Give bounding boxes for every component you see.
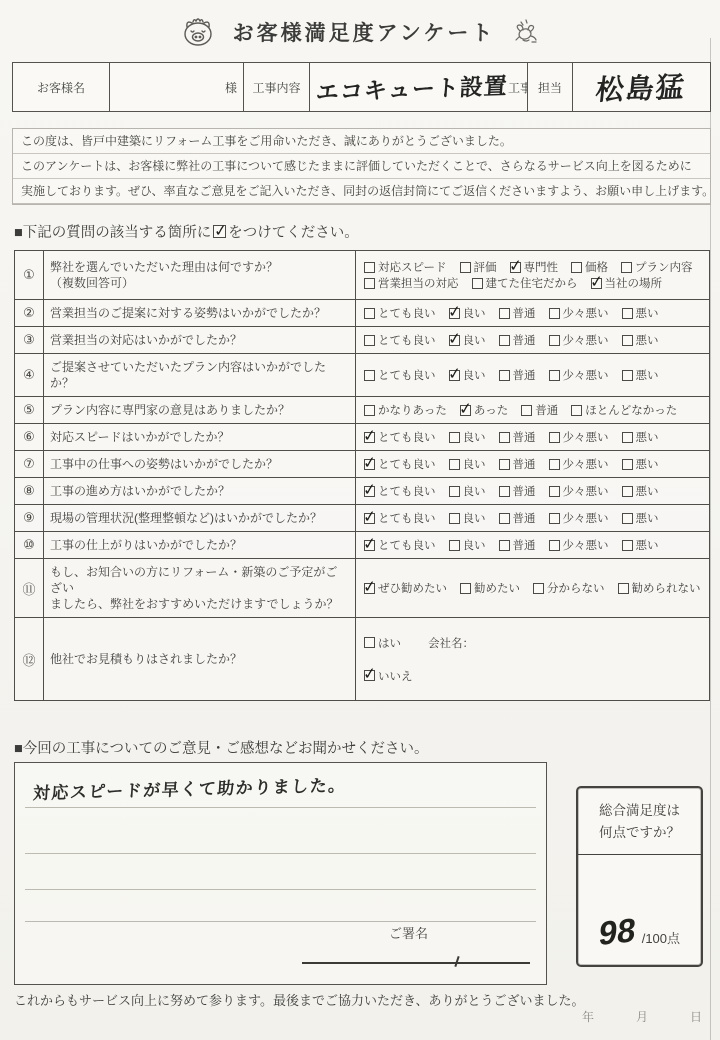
option-label: プラン内容 xyxy=(635,259,693,275)
option-label: 少々悪い xyxy=(563,332,609,348)
option-label: とても良い xyxy=(378,305,436,321)
option-label: 評価 xyxy=(474,259,497,275)
question-text: プラン内容に専門家の意見はありましたか？ xyxy=(44,397,356,423)
question-number: ⑦ xyxy=(15,451,44,477)
question-text: ご提案させていただいたプラン内容はいかがでしたか？ xyxy=(44,354,356,396)
survey-row: ④ご提案させていただいたプラン内容はいかがでしたか？とても良い良い普通少々悪い悪… xyxy=(15,354,709,397)
checked-checkbox-icon[interactable] xyxy=(449,370,460,381)
option-label: いいえ xyxy=(378,668,413,684)
intro-box: この度は、皆戸中建築にリフォーム工事をご用命いただき、誠にありがとうございました… xyxy=(12,128,711,205)
checked-checkbox-icon[interactable] xyxy=(364,670,375,681)
checked-checkbox-icon[interactable] xyxy=(364,513,375,524)
checkbox-icon[interactable] xyxy=(499,513,510,524)
checked-checkbox-icon[interactable] xyxy=(510,262,521,273)
survey-row: ③営業担当の対応はいかがでしたか？とても良い良い普通少々悪い悪い xyxy=(15,327,709,354)
option-label: ほとんどなかった xyxy=(585,402,677,418)
survey-row: ⑧工事の進め方はいかがでしたか？とても良い良い普通少々悪い悪い xyxy=(15,478,709,505)
question-number: ⑪ xyxy=(15,559,44,617)
option-label: 少々悪い xyxy=(563,305,609,321)
survey-row: ⑫他社でお見積もりはされましたか？はい会社名：いいえ xyxy=(15,618,709,700)
work-suffix-label: 工事 xyxy=(508,79,528,96)
question-number: ② xyxy=(15,300,44,326)
question-text: 工事の進め方はいかがでしたか？ xyxy=(44,478,356,504)
question-options: とても良い良い普通少々悪い悪い xyxy=(356,505,709,531)
checked-checkbox-icon[interactable] xyxy=(364,540,375,551)
checked-checkbox-icon[interactable] xyxy=(364,583,375,594)
question-options: とても良い良い普通少々悪い悪い xyxy=(356,478,709,504)
option-line: とても良い良い普通少々悪い悪い xyxy=(364,510,701,526)
checkbox-icon[interactable] xyxy=(549,335,560,346)
option-item[interactable]: 普通 xyxy=(499,483,536,499)
checkbox-icon[interactable] xyxy=(549,486,560,497)
survey-row: ⑦工事中の仕事への姿勢はいかがでしたか？とても良い良い普通少々悪い悪い xyxy=(15,451,709,478)
option-item[interactable]: 良い xyxy=(449,537,486,553)
checkbox-icon[interactable] xyxy=(622,459,633,470)
option-label: 良い xyxy=(463,305,486,321)
option-item[interactable]: かなりあった xyxy=(364,402,447,418)
checkbox-icon[interactable] xyxy=(364,262,375,273)
signature-label: ご署名 xyxy=(389,923,428,942)
option-item[interactable]: 普通 xyxy=(499,456,536,472)
checkbox-icon[interactable] xyxy=(364,335,375,346)
option-label: 勧められない xyxy=(632,580,701,596)
option-item[interactable]: 勧められない xyxy=(618,580,701,596)
intro-line: この度は、皆戸中建築にリフォーム工事をご用命いただき、誠にありがとうございました… xyxy=(13,129,710,154)
checkbox-icon[interactable] xyxy=(618,583,629,594)
staff-field[interactable]: 松島猛 xyxy=(573,63,710,111)
checkbox-icon[interactable] xyxy=(364,370,375,381)
question-options: とても良い良い普通少々悪い悪い xyxy=(356,354,709,396)
checkbox-icon[interactable] xyxy=(499,459,510,470)
intro-line: このアンケートは、お客様に弊社の工事について感じたままに評価していただくことで、… xyxy=(13,154,710,179)
option-item[interactable]: 少々悪い xyxy=(549,332,609,348)
question-options: はい会社名：いいえ xyxy=(356,618,709,700)
checkbox-icon[interactable] xyxy=(622,335,633,346)
option-item[interactable]: 悪い xyxy=(622,332,659,348)
option-line: 対応スピード評価専門性価格プラン内容 xyxy=(364,259,701,275)
work-content-handwritten-value: エコキュート設置 xyxy=(315,67,509,107)
date-fields: 年 月 日 xyxy=(582,1008,702,1025)
option-item[interactable]: 専門性 xyxy=(510,259,559,275)
checkbox-icon[interactable] xyxy=(549,540,560,551)
honorific-label: 様 xyxy=(225,79,237,96)
handwritten-comment: 対応スピードが早くて助かりました。 xyxy=(32,771,347,804)
checkbox-icon[interactable] xyxy=(571,405,582,416)
checkbox-icon[interactable] xyxy=(533,583,544,594)
checkbox-icon[interactable] xyxy=(549,459,560,470)
ruled-line xyxy=(25,921,536,922)
comment-box[interactable]: 対応スピードが早くて助かりました。 ご署名 xyxy=(14,762,547,985)
option-line: とても良い良い普通少々悪い悪い xyxy=(364,332,701,348)
option-label: とても良い xyxy=(378,429,436,445)
option-label: 普通 xyxy=(513,332,536,348)
option-item[interactable]: はい xyxy=(364,635,401,651)
checkbox-icon[interactable] xyxy=(499,540,510,551)
pig-face-icon xyxy=(179,16,217,48)
option-label: 悪い xyxy=(636,510,659,526)
checkbox-icon[interactable] xyxy=(521,405,532,416)
option-item[interactable]: 評価 xyxy=(460,259,497,275)
option-label: 良い xyxy=(463,456,486,472)
option-label: 普通 xyxy=(513,537,536,553)
question-options: かなりあったあった普通ほとんどなかった xyxy=(356,397,709,423)
option-item[interactable]: 悪い xyxy=(622,367,659,383)
checkbox-icon[interactable] xyxy=(621,262,632,273)
survey-row: ⑥対応スピードはいかがでしたか？とても良い良い普通少々悪い悪い xyxy=(15,424,709,451)
closing-message: これからもサービス向上に努めて参ります。最後までご協力いただき、ありがとうござい… xyxy=(14,990,584,1009)
option-label: 少々悪い xyxy=(563,429,609,445)
question-text: 他社でお見積もりはされましたか？ xyxy=(44,618,356,700)
option-item[interactable]: 悪い xyxy=(622,483,659,499)
option-item[interactable]: 少々悪い xyxy=(549,537,609,553)
checkbox-icon[interactable] xyxy=(364,637,375,648)
survey-row: ⑤プラン内容に専門家の意見はありましたか？かなりあったあった普通ほとんどなかった xyxy=(15,397,709,424)
signature-line[interactable] xyxy=(302,962,530,964)
question-options: 対応スピード評価専門性価格プラン内容営業担当の対応建てた住宅だから当社の場所 xyxy=(356,251,709,299)
page-header: お客様満足度アンケート xyxy=(0,16,720,48)
question-number: ④ xyxy=(15,354,44,396)
checkbox-icon[interactable] xyxy=(449,513,460,524)
option-label: とても良い xyxy=(378,332,436,348)
option-item[interactable]: 悪い xyxy=(622,537,659,553)
checkbox-icon[interactable] xyxy=(622,486,633,497)
work-content-field[interactable]: エコキュート設置 工事 xyxy=(310,63,528,111)
option-label: 良い xyxy=(463,332,486,348)
option-label: 少々悪い xyxy=(563,456,609,472)
checkbox-icon[interactable] xyxy=(499,335,510,346)
question-options: とても良い良い普通少々悪い悪い xyxy=(356,300,709,326)
ruled-line xyxy=(25,807,536,808)
flying-bug-doodle-icon xyxy=(511,18,541,46)
option-label: 少々悪い xyxy=(563,537,609,553)
option-label: 会社名： xyxy=(428,635,474,651)
option-label: かなりあった xyxy=(378,402,447,418)
question-text: 営業担当のご提案に対する姿勢はいかがでしたか？ xyxy=(44,300,356,326)
question-number: ⑩ xyxy=(15,532,44,558)
checkbox-icon[interactable] xyxy=(622,540,633,551)
option-item[interactable]: 普通 xyxy=(499,305,536,321)
question-options: とても良い良い普通少々悪い悪い xyxy=(356,327,709,353)
option-line: いいえ xyxy=(364,668,701,684)
checkbox-icon[interactable] xyxy=(364,278,375,289)
option-item[interactable]: とても良い xyxy=(364,456,436,472)
option-label: とても良い xyxy=(378,483,436,499)
survey-row: ⑪もし、お知合いの方にリフォーム・新築のご予定がございましたら、弊社をおすすめい… xyxy=(15,559,709,618)
option-label: 対応スピード xyxy=(378,259,447,275)
option-item[interactable]: ぜひ勧めたい xyxy=(364,580,447,596)
option-item[interactable]: 少々悪い xyxy=(549,367,609,383)
comment-section-heading: ■今回の工事についてのご意見・ご感想などお聞かせください。 xyxy=(14,737,428,758)
option-item[interactable]: 良い xyxy=(449,483,486,499)
option-label: 悪い xyxy=(636,305,659,321)
option-label: 少々悪い xyxy=(563,367,609,383)
option-line: とても良い良い普通少々悪い悪い xyxy=(364,456,701,472)
option-label: とても良い xyxy=(378,537,436,553)
date-unit-year: 年 xyxy=(582,1008,594,1025)
option-item[interactable]: とても良い xyxy=(364,305,436,321)
page-title: お客様満足度アンケート xyxy=(233,17,496,47)
checkbox-icon[interactable] xyxy=(499,370,510,381)
option-item[interactable]: 少々悪い xyxy=(549,510,609,526)
option-label: 良い xyxy=(463,483,486,499)
option-label: 悪い xyxy=(636,429,659,445)
option-label: 当社の場所 xyxy=(605,275,663,291)
checkbox-icon[interactable] xyxy=(449,486,460,497)
option-item[interactable]: とても良い xyxy=(364,510,436,526)
checkbox-icon[interactable] xyxy=(499,432,510,443)
option-label: 普通 xyxy=(513,456,536,472)
option-item[interactable]: 良い xyxy=(449,429,486,445)
option-label: 少々悪い xyxy=(563,510,609,526)
survey-row: ①弊社を選んでいただいた理由は何ですか？（複数回答可）対応スピード評価専門性価格… xyxy=(15,251,709,300)
option-line: とても良い良い普通少々悪い悪い xyxy=(364,305,701,321)
checkbox-icon[interactable] xyxy=(549,308,560,319)
option-item[interactable]: 営業担当の対応 xyxy=(364,275,459,291)
checkbox-icon[interactable] xyxy=(622,308,633,319)
option-label: 良い xyxy=(463,510,486,526)
option-line: とても良い良い普通少々悪い悪い xyxy=(364,537,701,553)
checkbox-icon[interactable] xyxy=(571,262,582,273)
checked-checkbox-icon[interactable] xyxy=(364,432,375,443)
option-item[interactable]: 普通 xyxy=(499,367,536,383)
option-item[interactable]: 建てた住宅だから xyxy=(472,275,578,291)
staff-handwritten-value: 松島猛 xyxy=(594,65,688,108)
question-number: ⑨ xyxy=(15,505,44,531)
question-number: ⑫ xyxy=(15,618,44,700)
option-label: 普通 xyxy=(535,402,558,418)
survey-table: ①弊社を選んでいただいた理由は何ですか？（複数回答可）対応スピード評価専門性価格… xyxy=(14,250,710,701)
question-number: ① xyxy=(15,251,44,299)
checkbox-icon[interactable] xyxy=(449,540,460,551)
option-label: 営業担当の対応 xyxy=(378,275,459,291)
staff-label: 担当 xyxy=(528,63,573,111)
option-item[interactable]: いいえ xyxy=(364,668,413,684)
checkbox-icon[interactable] xyxy=(364,405,375,416)
option-item[interactable]: とても良い xyxy=(364,332,436,348)
checkbox-icon[interactable] xyxy=(449,432,460,443)
option-item[interactable]: とても良い xyxy=(364,537,436,553)
customer-info-table: お客様名 様 工事内容 エコキュート設置 工事 担当 松島猛 xyxy=(12,62,711,112)
checkbox-icon[interactable] xyxy=(449,459,460,470)
option-label: 良い xyxy=(463,429,486,445)
option-label: とても良い xyxy=(378,510,436,526)
option-label: 悪い xyxy=(636,537,659,553)
checked-checkbox-icon xyxy=(213,225,226,238)
option-item[interactable]: 少々悪い xyxy=(549,305,609,321)
option-item[interactable]: 普通 xyxy=(499,537,536,553)
question-text: もし、お知合いの方にリフォーム・新築のご予定がございましたら、弊社をおすすめいた… xyxy=(44,559,356,617)
checkbox-icon[interactable] xyxy=(364,308,375,319)
option-label: 普通 xyxy=(513,305,536,321)
question-number: ⑤ xyxy=(15,397,44,423)
option-item[interactable]: 良い xyxy=(449,510,486,526)
survey-row: ②営業担当のご提案に対する姿勢はいかがでしたか？とても良い良い普通少々悪い悪い xyxy=(15,300,709,327)
checkbox-icon[interactable] xyxy=(460,262,471,273)
customer-name-label: お客様名 xyxy=(13,63,110,111)
checkbox-icon[interactable] xyxy=(499,308,510,319)
option-item[interactable]: 少々悪い xyxy=(549,429,609,445)
question-text: 現場の管理状況(整理整頓など)はいかがでしたか？ xyxy=(44,505,356,531)
question-options: とても良い良い普通少々悪い悪い xyxy=(356,451,709,477)
option-label: 悪い xyxy=(636,367,659,383)
option-item[interactable]: 少々悪い xyxy=(549,456,609,472)
option-item[interactable]: 良い xyxy=(449,367,486,383)
date-unit-month: 月 xyxy=(636,1008,648,1025)
option-item[interactable]: とても良い xyxy=(364,367,436,383)
option-label: あった xyxy=(474,402,508,418)
option-label: 専門性 xyxy=(524,259,559,275)
option-item[interactable]: 普通 xyxy=(521,402,558,418)
question-options: ぜひ勧めたい勧めたい分からない勧められない xyxy=(356,559,709,617)
date-unit-day: 日 xyxy=(690,1008,702,1025)
checked-checkbox-icon[interactable] xyxy=(364,459,375,470)
option-label: 悪い xyxy=(636,483,659,499)
customer-name-field[interactable]: 様 xyxy=(110,63,244,111)
option-label: 良い xyxy=(463,367,486,383)
survey-row: ⑩工事の仕上がりはいかがでしたか？とても良い良い普通少々悪い悪い xyxy=(15,532,709,559)
option-line: はい会社名： xyxy=(364,635,701,651)
checkbox-icon[interactable] xyxy=(549,432,560,443)
option-label: 悪い xyxy=(636,332,659,348)
instruction-prefix: ■下記の質問の該当する箇所に xyxy=(14,221,211,242)
score-title-line: 総合満足度は xyxy=(582,800,697,822)
checkbox-icon[interactable] xyxy=(549,370,560,381)
option-item[interactable]: とても良い xyxy=(364,483,436,499)
score-title-line: 何点ですか？ xyxy=(582,822,697,844)
checkbox-icon[interactable] xyxy=(499,486,510,497)
option-label: 普通 xyxy=(513,367,536,383)
option-item[interactable]: 分からない xyxy=(533,580,605,596)
checked-checkbox-icon[interactable] xyxy=(591,278,602,289)
option-line: とても良い良い普通少々悪い悪い xyxy=(364,367,701,383)
option-label: 普通 xyxy=(513,483,536,499)
option-item[interactable]: 当社の場所 xyxy=(591,275,663,291)
survey-row: ⑨現場の管理状況(整理整頓など)はいかがでしたか？とても良い良い普通少々悪い悪い xyxy=(15,505,709,532)
option-item[interactable]: とても良い xyxy=(364,429,436,445)
option-item[interactable]: 普通 xyxy=(499,332,536,348)
option-item[interactable]: 良い xyxy=(449,305,486,321)
option-item[interactable]: 勧めたい xyxy=(460,580,520,596)
question-number: ⑥ xyxy=(15,424,44,450)
checkbox-icon[interactable] xyxy=(472,278,483,289)
option-label: 良い xyxy=(463,537,486,553)
checkbox-icon[interactable] xyxy=(622,513,633,524)
option-item[interactable]: 良い xyxy=(449,456,486,472)
option-text: 会社名： xyxy=(428,635,474,651)
option-line: ぜひ勧めたい勧めたい分からない勧められない xyxy=(364,580,701,596)
option-label: 建てた住宅だから xyxy=(486,275,578,291)
option-line: かなりあったあった普通ほとんどなかった xyxy=(364,402,701,418)
option-item[interactable]: プラン内容 xyxy=(621,259,693,275)
question-text: 工事の仕上がりはいかがでしたか？ xyxy=(44,532,356,558)
question-options: とても良い良い普通少々悪い悪い xyxy=(356,424,709,450)
option-label: 勧めたい xyxy=(474,580,520,596)
option-label: とても良い xyxy=(378,456,436,472)
option-item[interactable]: 対応スピード xyxy=(364,259,447,275)
checkbox-icon[interactable] xyxy=(622,432,633,443)
checked-checkbox-icon[interactable] xyxy=(364,486,375,497)
question-number: ⑧ xyxy=(15,478,44,504)
question-text: 弊社を選んでいただいた理由は何ですか？（複数回答可） xyxy=(44,251,356,299)
checked-checkbox-icon[interactable] xyxy=(449,335,460,346)
ruled-line xyxy=(25,853,536,854)
option-item[interactable]: ほとんどなかった xyxy=(571,402,677,418)
option-line: とても良い良い普通少々悪い悪い xyxy=(364,429,701,445)
option-line: とても良い良い普通少々悪い悪い xyxy=(364,483,701,499)
option-line: 営業担当の対応建てた住宅だから当社の場所 xyxy=(364,275,701,291)
option-item[interactable]: 悪い xyxy=(622,456,659,472)
option-item[interactable]: 普通 xyxy=(499,429,536,445)
instruction-suffix: をつけてください。 xyxy=(228,221,359,242)
question-text: 対応スピードはいかがでしたか？ xyxy=(44,424,356,450)
option-item[interactable]: あった xyxy=(460,402,508,418)
handwritten-score-value: 98 xyxy=(597,911,638,953)
option-item[interactable]: 良い xyxy=(449,332,486,348)
option-label: 悪い xyxy=(636,456,659,472)
work-content-label: 工事内容 xyxy=(244,63,310,111)
overall-score-box[interactable]: 総合満足度は 何点ですか？ 98 /100点 xyxy=(576,786,703,967)
option-label: 普通 xyxy=(513,510,536,526)
option-label: はい xyxy=(378,635,401,651)
option-label: 分からない xyxy=(547,580,605,596)
option-label: とても良い xyxy=(378,367,436,383)
survey-instruction: ■下記の質問の該当する箇所に をつけてください。 xyxy=(14,221,359,242)
option-item[interactable]: 悪い xyxy=(622,305,659,321)
checked-checkbox-icon[interactable] xyxy=(449,308,460,319)
option-item[interactable]: 普通 xyxy=(499,510,536,526)
ruled-line xyxy=(25,889,536,890)
checked-checkbox-icon[interactable] xyxy=(460,405,471,416)
checkbox-icon[interactable] xyxy=(622,370,633,381)
question-text: 営業担当の対応はいかがでしたか？ xyxy=(44,327,356,353)
option-label: 少々悪い xyxy=(563,483,609,499)
option-item[interactable]: 少々悪い xyxy=(549,483,609,499)
score-box-title: 総合満足度は 何点ですか？ xyxy=(578,788,701,855)
checkbox-icon[interactable] xyxy=(549,513,560,524)
score-value-row: 98 /100点 xyxy=(578,913,701,951)
option-label: 普通 xyxy=(513,429,536,445)
question-text: 工事中の仕事への姿勢はいかがでしたか？ xyxy=(44,451,356,477)
intro-line: 実施しております。ぜひ、率直なご意見をご記入いただき、同封の返信封筒にてご返信く… xyxy=(13,179,710,204)
question-number: ③ xyxy=(15,327,44,353)
option-label: ぜひ勧めたい xyxy=(378,580,447,596)
score-denominator-label: /100点 xyxy=(642,928,680,951)
checkbox-icon[interactable] xyxy=(460,583,471,594)
option-item[interactable]: 悪い xyxy=(622,429,659,445)
question-options: とても良い良い普通少々悪い悪い xyxy=(356,532,709,558)
option-item[interactable]: 悪い xyxy=(622,510,659,526)
